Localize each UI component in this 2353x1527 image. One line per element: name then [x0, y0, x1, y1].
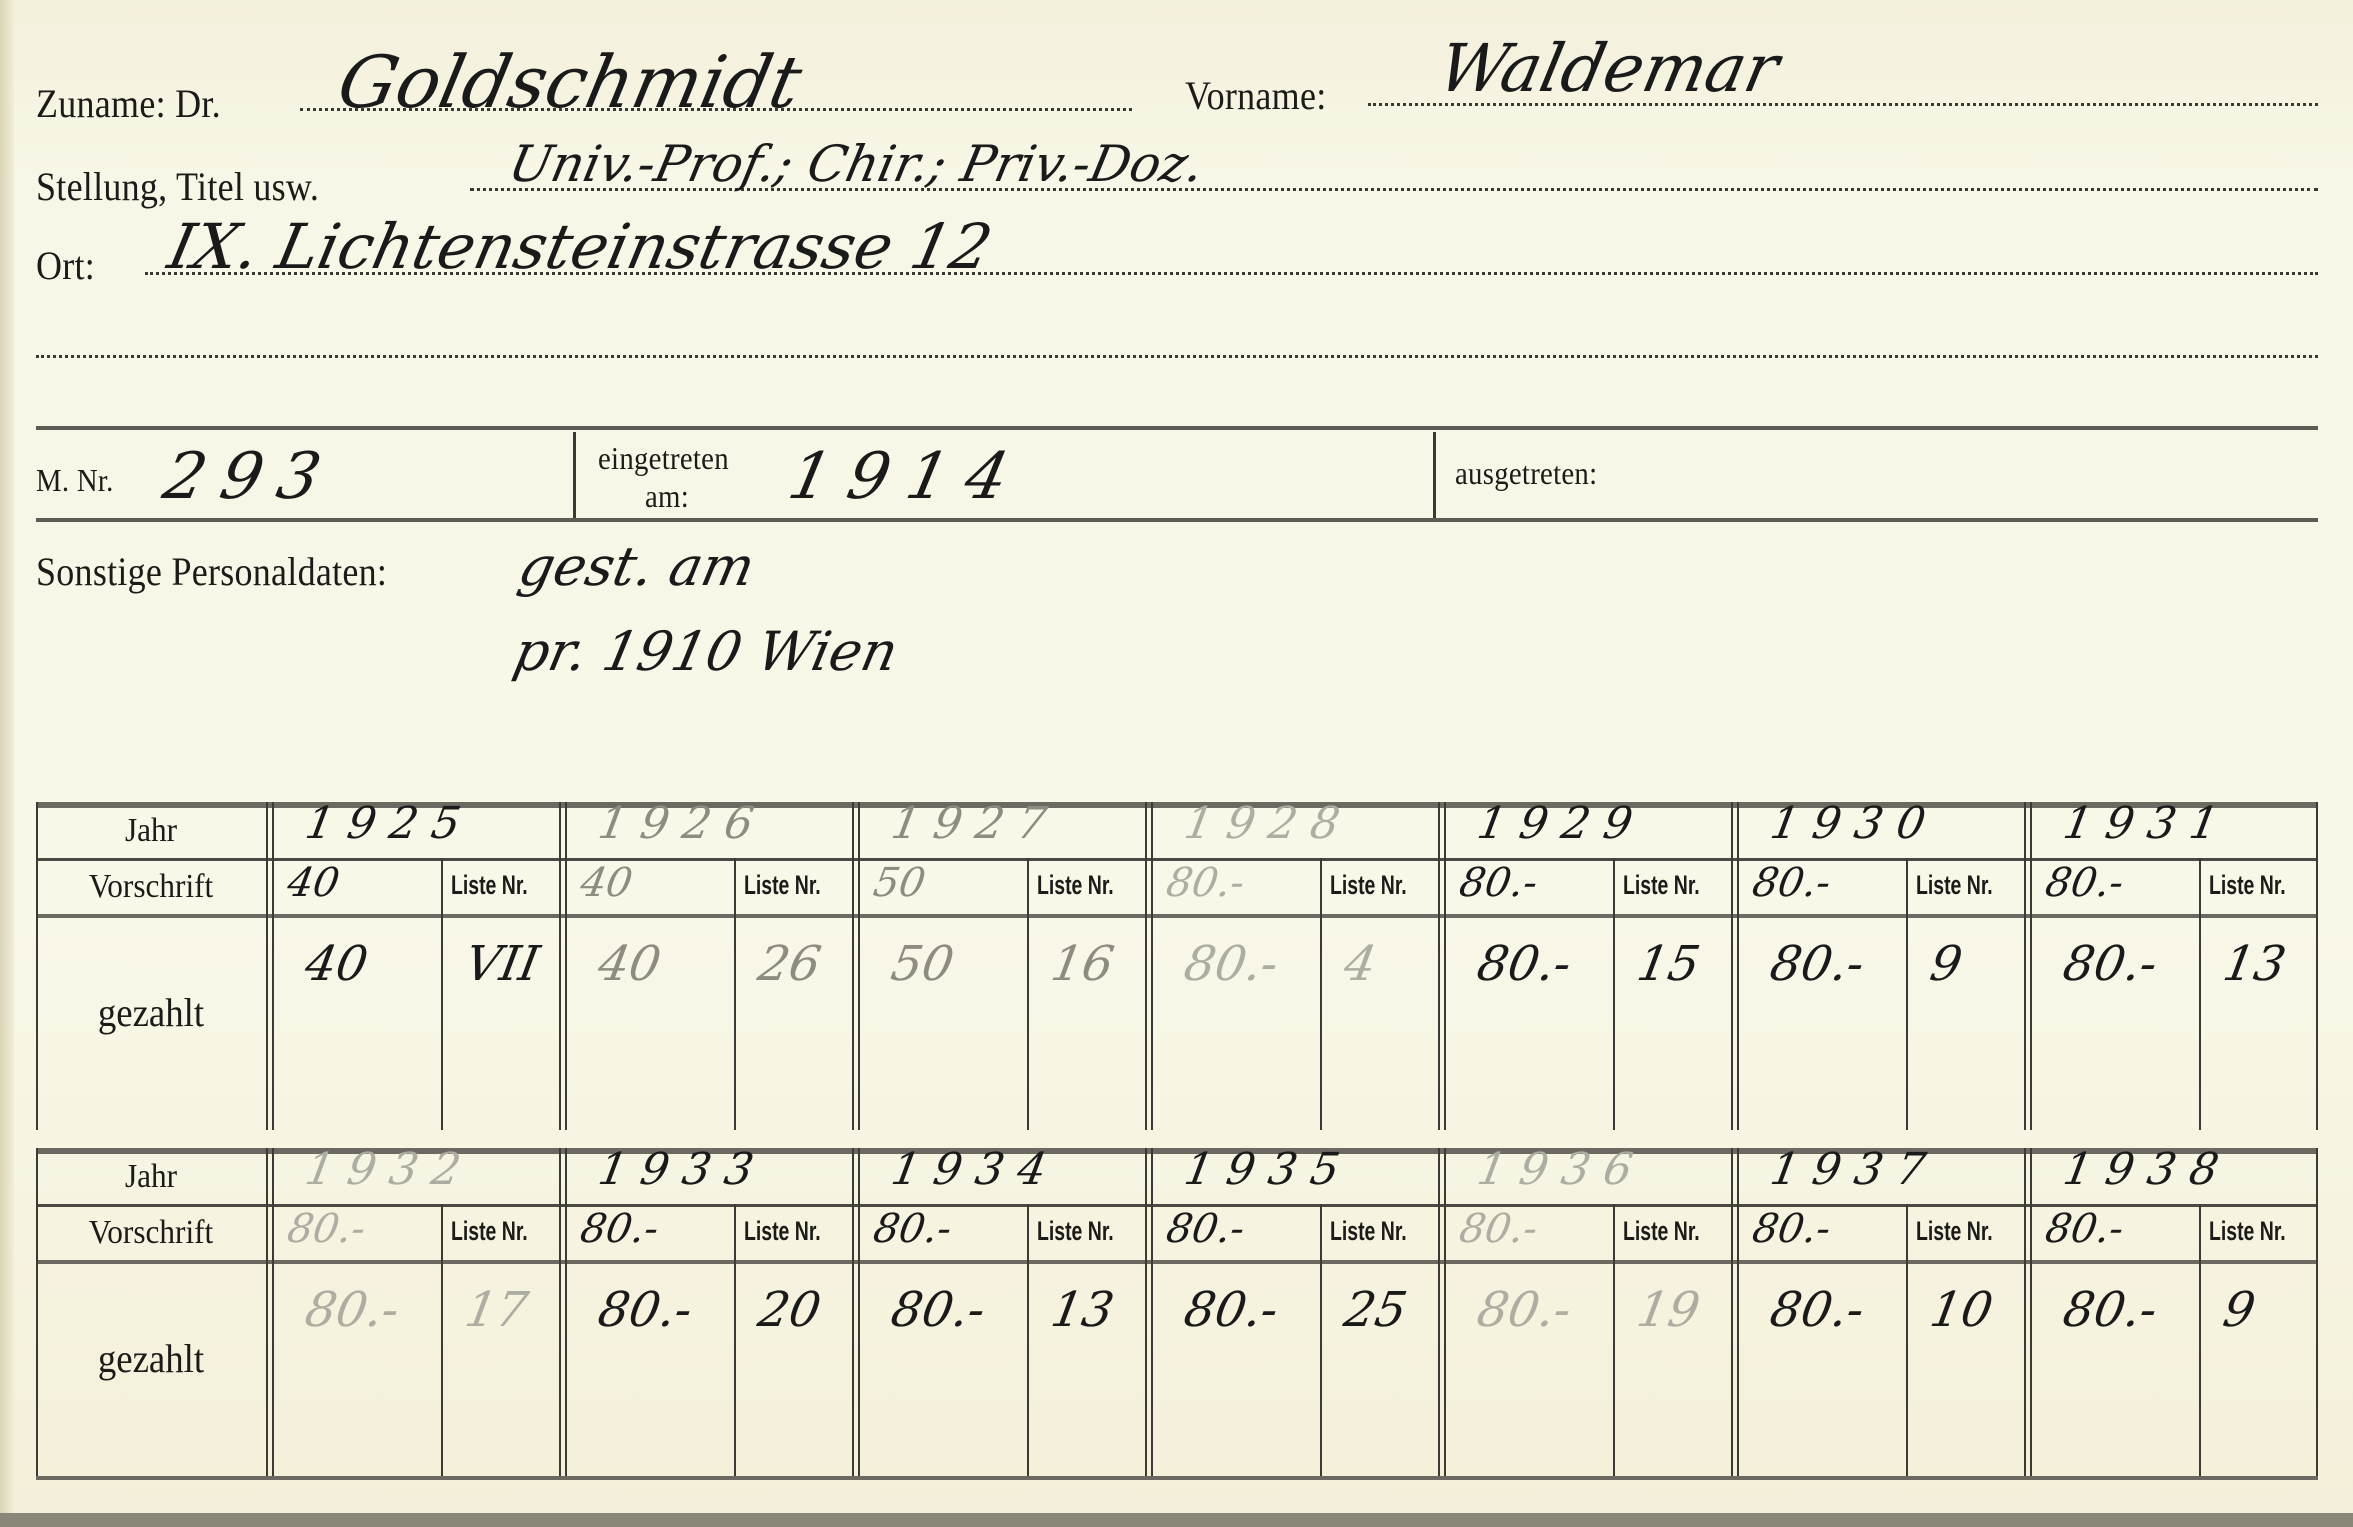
- list-no-header: Liste Nr.: [1623, 1216, 1700, 1247]
- paid-amount: 80.-: [1766, 936, 1868, 992]
- block-1-left-border: [36, 802, 38, 1130]
- required-amount: 80.-: [284, 1206, 369, 1252]
- year-column-divider: [559, 802, 567, 1130]
- year-column-divider: [852, 1148, 860, 1476]
- list-no-header: Liste Nr.: [451, 1216, 528, 1247]
- firstname-label: Vorname:: [1185, 72, 1326, 119]
- list-column-divider: [1906, 858, 1908, 1130]
- paid-amount: 80.-: [301, 1282, 403, 1338]
- place-label: Ort:: [36, 242, 95, 289]
- list-column-divider: [441, 1204, 443, 1476]
- list-column-divider: [1613, 1204, 1615, 1476]
- list-no-value: 13: [1047, 1282, 1118, 1338]
- paid-amount: 80.-: [2059, 1282, 2161, 1338]
- block-2-right-border: [2316, 1148, 2318, 1476]
- list-column-divider: [1906, 1204, 1908, 1476]
- list-column-divider: [734, 858, 736, 1130]
- list-no-value: 16: [1047, 936, 1118, 992]
- other-data-label: Sonstige Personaldaten:: [36, 548, 387, 595]
- firstname-value: Waldemar: [1432, 30, 1786, 107]
- list-no-value: 15: [1633, 936, 1704, 992]
- row-label-paid: gezahlt: [45, 1335, 257, 1382]
- paid-amount: 80.-: [1473, 936, 1575, 992]
- year-value: 1931: [2060, 798, 2237, 849]
- left-label: ausgetreten:: [1455, 455, 1597, 492]
- year-column-divider: [1731, 802, 1739, 1130]
- list-no-header: Liste Nr.: [1330, 870, 1407, 901]
- year-value: 1934: [888, 1144, 1065, 1195]
- required-amount: 80.-: [1456, 1206, 1541, 1252]
- member-row-bottom-rule: [36, 518, 2318, 522]
- required-amount: 40: [284, 860, 343, 906]
- list-no-header: Liste Nr.: [1623, 870, 1700, 901]
- surname-label: Zuname: Dr.: [36, 80, 221, 127]
- list-no-header: Liste Nr.: [744, 870, 821, 901]
- year-column-divider: [266, 1148, 274, 1476]
- paid-amount: 80.-: [2059, 936, 2161, 992]
- block-2-bottom-rule: [36, 1476, 2318, 1480]
- list-no-header: Liste Nr.: [2209, 870, 2286, 901]
- list-no-header: Liste Nr.: [1916, 1216, 1993, 1247]
- row-label-paid: gezahlt: [45, 989, 257, 1036]
- list-no-header: Liste Nr.: [1330, 1216, 1407, 1247]
- list-no-value: 26: [754, 936, 825, 992]
- list-column-divider: [1320, 1204, 1322, 1476]
- list-no-value: 25: [1340, 1282, 1411, 1338]
- other-data-line2: pr. 1910 Wien: [508, 620, 903, 683]
- list-no-value: 9: [2219, 1282, 2259, 1338]
- year-column-divider: [1731, 1148, 1739, 1476]
- year-value: 1938: [2060, 1144, 2237, 1195]
- required-amount: 80.-: [2042, 1206, 2127, 1252]
- year-value: 1925: [302, 798, 479, 849]
- list-no-value: 10: [1926, 1282, 1997, 1338]
- year-column-divider: [852, 802, 860, 1130]
- joined-label-line2: am:: [645, 478, 689, 515]
- place-value: IX. Lichtensteinstrasse 12: [162, 210, 998, 283]
- paid-amount: 40: [301, 936, 372, 992]
- paid-amount: 80.-: [1180, 936, 1282, 992]
- member-no-value: 293: [157, 440, 343, 514]
- list-no-header: Liste Nr.: [1916, 870, 1993, 901]
- required-amount: 80.-: [2042, 860, 2127, 906]
- year-value: 1937: [1767, 1144, 1944, 1195]
- year-value: 1927: [888, 798, 1065, 849]
- list-column-divider: [734, 1204, 736, 1476]
- required-amount: 80.-: [1749, 1206, 1834, 1252]
- list-no-header: Liste Nr.: [1037, 870, 1114, 901]
- year-column-divider: [559, 1148, 567, 1476]
- member-row-top-rule: [36, 426, 2318, 430]
- required-amount: 80.-: [577, 1206, 662, 1252]
- paid-amount: 40: [594, 936, 665, 992]
- year-column-divider: [266, 802, 274, 1130]
- list-no-value: 9: [1926, 936, 1966, 992]
- list-no-value: VII: [461, 936, 543, 992]
- list-column-divider: [441, 858, 443, 1130]
- required-amount: 80.-: [1749, 860, 1834, 906]
- row-label-year: Jahr: [45, 812, 257, 850]
- list-column-divider: [1320, 858, 1322, 1130]
- list-no-value: 17: [461, 1282, 532, 1338]
- surname-value: Goldschmidt: [331, 40, 809, 124]
- member-no-label: M. Nr.: [36, 462, 114, 499]
- year-value: 1929: [1474, 798, 1651, 849]
- year-value: 1933: [595, 1144, 772, 1195]
- required-amount: 80.-: [1456, 860, 1541, 906]
- paid-amount: 80.-: [887, 1282, 989, 1338]
- joined-value: 1914: [782, 440, 1033, 514]
- row-label-year: Jahr: [45, 1158, 257, 1196]
- member-row-divider-1: [573, 432, 576, 518]
- paid-amount: 50: [887, 936, 958, 992]
- row-label-required: Vorschrift: [45, 868, 257, 906]
- list-column-divider: [1027, 858, 1029, 1130]
- required-amount: 50: [870, 860, 929, 906]
- list-column-divider: [2199, 858, 2201, 1130]
- year-value: 1936: [1474, 1144, 1651, 1195]
- list-no-value: 20: [754, 1282, 825, 1338]
- year-column-divider: [1438, 802, 1446, 1130]
- required-amount: 80.-: [1163, 1206, 1248, 1252]
- list-no-header: Liste Nr.: [451, 870, 528, 901]
- card-bottom-edge: [0, 1513, 2353, 1527]
- block-2-required-rule: [36, 1260, 2318, 1264]
- position-label: Stellung, Titel usw.: [36, 163, 319, 210]
- block-2-left-border: [36, 1148, 38, 1476]
- list-column-divider: [2199, 1204, 2201, 1476]
- membership-index-card: Zuname: Dr. Goldschmidt Vorname: Waldema…: [0, 0, 2353, 1527]
- block-1-right-border: [2316, 802, 2318, 1130]
- row-label-required: Vorschrift: [45, 1214, 257, 1252]
- year-column-divider: [1145, 802, 1153, 1130]
- required-amount: 80.-: [1163, 860, 1248, 906]
- paid-amount: 80.-: [1180, 1282, 1282, 1338]
- year-column-divider: [1145, 1148, 1153, 1476]
- year-value: 1928: [1181, 798, 1358, 849]
- paid-amount: 80.-: [1766, 1282, 1868, 1338]
- year-value: 1930: [1767, 798, 1944, 849]
- other-data-line1: gest. am: [513, 535, 760, 598]
- card-left-edge: [0, 0, 14, 1527]
- required-amount: 40: [577, 860, 636, 906]
- list-no-value: 19: [1633, 1282, 1704, 1338]
- list-column-divider: [1027, 1204, 1029, 1476]
- list-column-divider: [1613, 858, 1615, 1130]
- paid-amount: 80.-: [1473, 1282, 1575, 1338]
- year-value: 1935: [1181, 1144, 1358, 1195]
- block-1-required-rule: [36, 914, 2318, 918]
- paid-amount: 80.-: [594, 1282, 696, 1338]
- position-value: Univ.-Prof.; Chir.; Priv.-Doz.: [504, 135, 1209, 193]
- year-column-divider: [2024, 1148, 2032, 1476]
- list-no-header: Liste Nr.: [1037, 1216, 1114, 1247]
- year-value: 1926: [595, 798, 772, 849]
- joined-label-line1: eingetreten: [598, 440, 729, 477]
- list-no-header: Liste Nr.: [2209, 1216, 2286, 1247]
- year-column-divider: [1438, 1148, 1446, 1476]
- blank-line-1: [36, 355, 2318, 358]
- year-value: 1932: [302, 1144, 479, 1195]
- year-column-divider: [2024, 802, 2032, 1130]
- member-row-divider-2: [1433, 432, 1436, 518]
- list-no-value: 13: [2219, 936, 2290, 992]
- required-amount: 80.-: [870, 1206, 955, 1252]
- list-no-value: 4: [1340, 936, 1380, 992]
- list-no-header: Liste Nr.: [744, 1216, 821, 1247]
